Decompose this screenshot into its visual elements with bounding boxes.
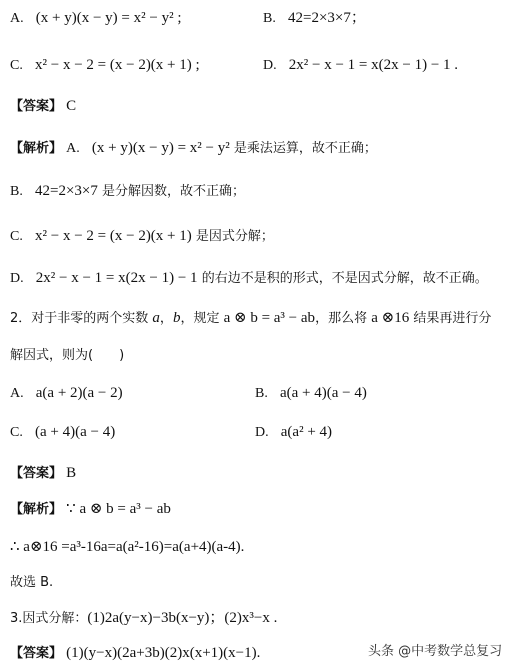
- analysis-expr: 2x² − x − 1 = x(2x − 1) − 1: [36, 270, 198, 286]
- q2-prompt-line1: 2．对于非零的两个实数 a，b，规定 a ⊗ b = a³ − ab，那么将 a…: [10, 308, 491, 329]
- answer-value: C: [66, 98, 76, 114]
- option-label: A.: [66, 141, 80, 156]
- q2-text: ，那么将: [315, 311, 367, 326]
- q3-prompt-text: 3.因式分解：: [10, 611, 87, 626]
- q2-option-b: B. a(a + 4)(a − 4): [255, 383, 367, 404]
- answer-tag: 【答案】: [10, 646, 62, 661]
- option-expr: x² − x − 2 = (x − 2)(x + 1) ;: [35, 57, 200, 73]
- analysis-text: 是分解因数，故不正确；: [102, 184, 245, 199]
- q2-analysis-therefore: ∴ a⊗16 =a³-16a=a(a²-16)=a(a+4)(a-4).: [10, 537, 244, 558]
- option-expr: (x + y)(x − y) = x² − y² ;: [36, 10, 182, 26]
- q3-prompt-expr: (1)2a(y−x)−3b(x−y)；(2)x³−x .: [87, 610, 277, 626]
- q1-analysis-d: D. 2x² − x − 1 = x(2x − 1) − 1 的右边不是积的形式…: [10, 268, 488, 289]
- option-label: A.: [10, 11, 24, 26]
- analysis-tag: 【解析】: [10, 502, 62, 517]
- q1-analysis-b: B. 42=2×3×7 是分解因数，故不正确；: [10, 181, 245, 202]
- q2-text: 结果再进行分: [413, 311, 491, 326]
- answer-value: B: [66, 465, 76, 481]
- option-expr: a(a + 2)(a − 2): [36, 385, 123, 401]
- option-label: A.: [10, 386, 24, 401]
- option-label: D.: [10, 271, 24, 286]
- q1-option-b: B. 42=2×3×7；: [263, 8, 366, 29]
- option-label: C.: [10, 58, 23, 73]
- q2-option-a: A. a(a + 2)(a − 2): [10, 383, 123, 404]
- option-label: C.: [10, 229, 23, 244]
- q2-option-d: D. a(a² + 4): [255, 422, 332, 443]
- q3-prompt: 3.因式分解：(1)2a(y−x)−3b(x−y)；(2)x³−x .: [10, 608, 277, 629]
- option-label: B.: [10, 184, 23, 199]
- q2-definition: a ⊗ b = a³ − ab: [224, 310, 315, 326]
- analysis-expr: 42=2×3×7: [35, 183, 98, 199]
- answer-tag: 【答案】: [10, 99, 62, 114]
- option-expr: a(a² + 4): [281, 424, 332, 440]
- option-label: D.: [263, 58, 277, 73]
- option-expr: 2x² − x − 1 = x(2x − 1) − 1 .: [289, 57, 458, 73]
- option-expr: 42=2×3×7；: [288, 10, 366, 26]
- q2-var-a: a: [152, 310, 160, 326]
- q1-option-c: C. x² − x − 2 = (x − 2)(x + 1) ;: [10, 55, 200, 76]
- analysis-text: 是因式分解；: [196, 229, 274, 244]
- conclusion-text: 故选 B.: [10, 575, 53, 590]
- option-label: C.: [10, 425, 23, 440]
- analysis-expr: ∵ a ⊗ b = a³ − ab: [66, 501, 171, 517]
- analysis-expr: (x + y)(x − y) = x² − y²: [92, 140, 230, 156]
- option-expr: a(a + 4)(a − 4): [280, 385, 367, 401]
- q3-answer: 【答案】 (1)(y−x)(2a+3b)(2)x(x+1)(x−1).: [10, 643, 260, 664]
- q2-sep: ，: [160, 311, 173, 326]
- q2-text: 解因式，则为( ): [10, 348, 124, 363]
- q1-option-d: D. 2x² − x − 1 = x(2x − 1) − 1 .: [263, 55, 458, 76]
- analysis-expr: x² − x − 2 = (x − 2)(x + 1): [35, 228, 192, 244]
- q2-option-c: C. (a + 4)(a − 4): [10, 422, 115, 443]
- q1-option-a: A. (x + y)(x − y) = x² − y² ;: [10, 8, 182, 29]
- q2-text: ，规定: [180, 311, 219, 326]
- option-label: B.: [255, 386, 268, 401]
- analysis-text: 是乘法运算，故不正确；: [234, 141, 377, 156]
- q2-conclusion: 故选 B.: [10, 573, 53, 593]
- option-expr: (a + 4)(a − 4): [35, 424, 115, 440]
- watermark: 头条 @中考数学总复习: [368, 640, 502, 659]
- option-label: B.: [263, 11, 276, 26]
- option-label: D.: [255, 425, 269, 440]
- q2-answer: 【答案】 B: [10, 463, 76, 484]
- analysis-expr: ∴ a⊗16 =a³-16a=a(a²-16)=a(a+4)(a-4).: [10, 539, 244, 555]
- analysis-tag: 【解析】: [10, 141, 62, 156]
- q2-prompt-line2: 解因式，则为( ): [10, 346, 124, 366]
- answer-value: (1)(y−x)(2a+3b)(2)x(x+1)(x−1).: [66, 645, 260, 661]
- q2-text: 2．对于非零的两个实数: [10, 311, 148, 326]
- q1-analysis-a: 【解析】 A. (x + y)(x − y) = x² − y² 是乘法运算，故…: [10, 138, 377, 159]
- answer-tag: 【答案】: [10, 466, 62, 481]
- q1-answer: 【答案】 C: [10, 96, 76, 117]
- q1-analysis-c: C. x² − x − 2 = (x − 2)(x + 1) 是因式分解；: [10, 226, 274, 247]
- q2-analysis-because: 【解析】 ∵ a ⊗ b = a³ − ab: [10, 499, 171, 520]
- q2-operation: a ⊗16: [371, 310, 409, 326]
- analysis-text: 的右边不是积的形式，不是因式分解，故不正确。: [202, 271, 488, 286]
